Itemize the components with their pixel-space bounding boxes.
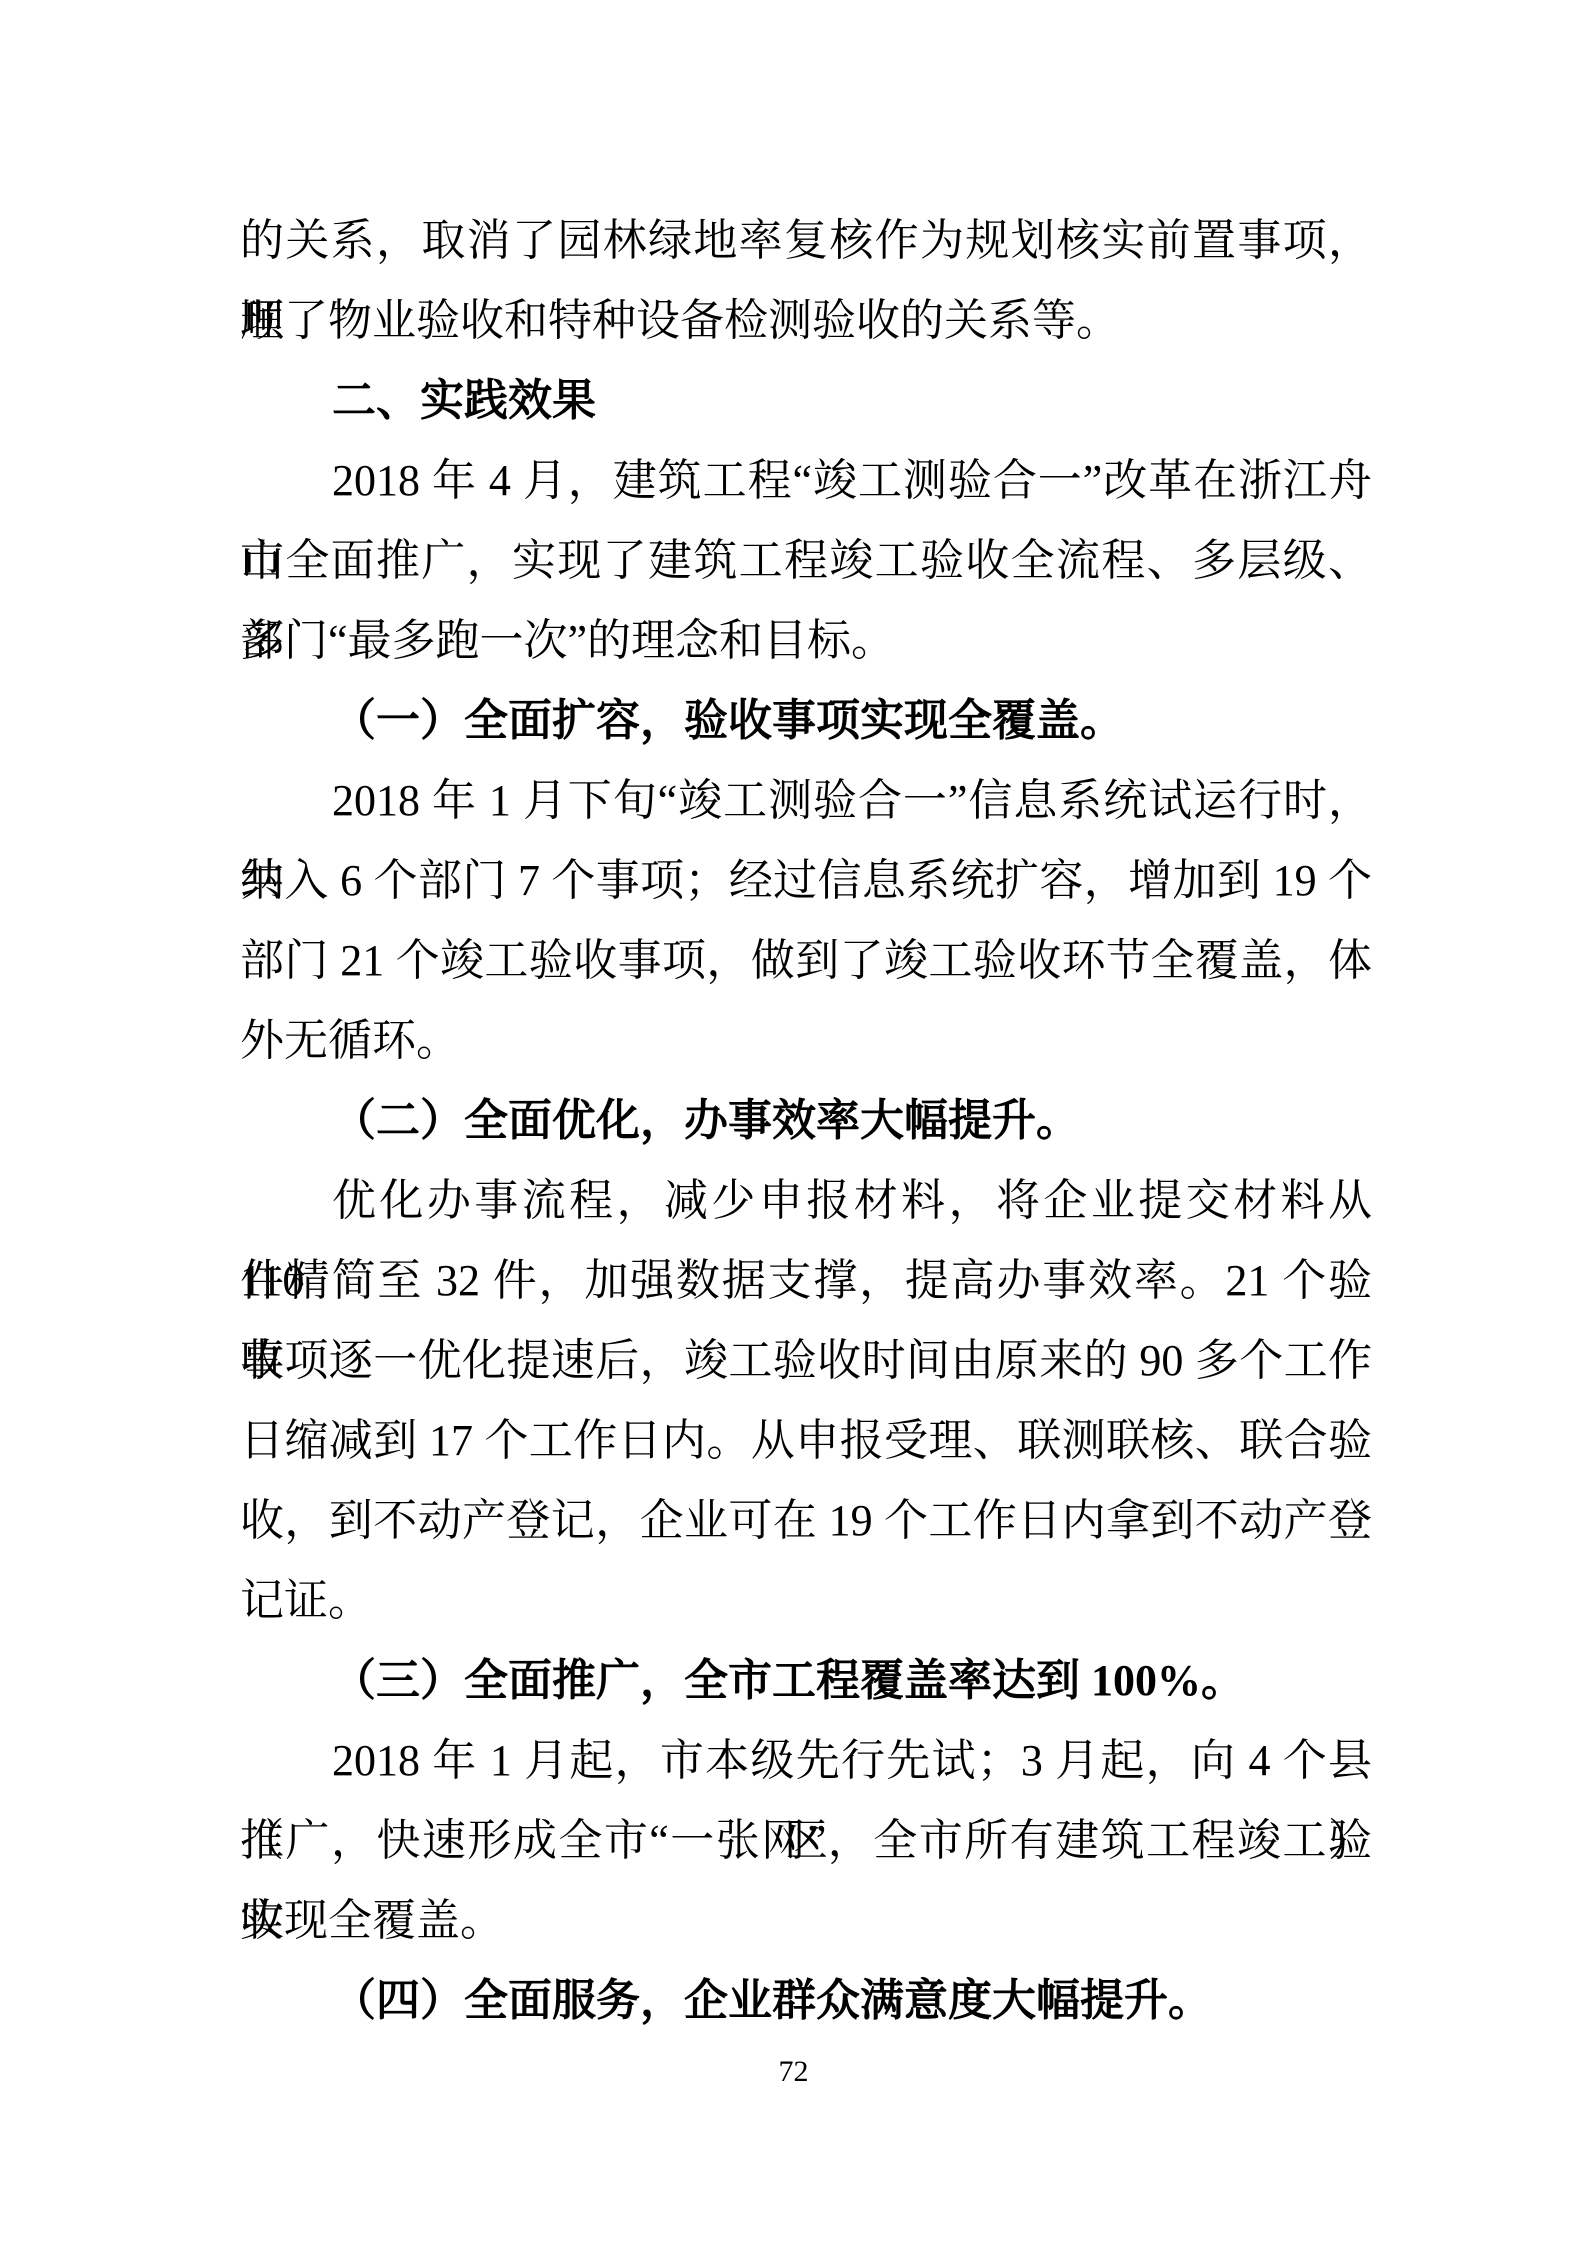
document-body: 的关系，取消了园林绿地率复核作为规划核实前置事项，理顺了物业验收和特种设备检测验… — [240, 201, 1372, 2041]
text-line: 2018 年 1 月起，市本级先行先试；3 月起，向 4 个县（区） — [240, 1721, 1372, 1801]
text-line: 实现全覆盖。 — [240, 1881, 1372, 1961]
section-heading: （二）全面优化，办事效率大幅提升。 — [240, 1081, 1372, 1161]
section-heading: （一）全面扩容，验收事项实现全覆盖。 — [240, 681, 1372, 761]
text-line: 纳入 6 个部门 7 个事项；经过信息系统扩容，增加到 19 个 — [240, 841, 1372, 921]
section-heading: （四）全面服务，企业群众满意度大幅提升。 — [240, 1961, 1372, 2041]
text-line: 部门 21 个竣工验收事项，做到了竣工验收环节全覆盖，体 — [240, 921, 1372, 1001]
text-line: 顺了物业验收和特种设备检测验收的关系等。 — [240, 281, 1372, 361]
text-line: 2018 年 1 月下旬“竣工测验合一”信息系统试运行时，共 — [240, 761, 1372, 841]
text-line: 的关系，取消了园林绿地率复核作为规划核实前置事项，理 — [240, 201, 1372, 281]
text-line: 日缩减到 17 个工作日内。从申报受理、联测联核、联合验 — [240, 1401, 1372, 1481]
text-line: 件精简至 32 件，加强数据支撑，提高办事效率。21 个验收 — [240, 1241, 1372, 1321]
text-line: 优化办事流程，减少申报材料，将企业提交材料从 110 — [240, 1161, 1372, 1241]
text-line: 记证。 — [240, 1561, 1372, 1641]
text-line: 部门“最多跑一次”的理念和目标。 — [240, 601, 1372, 681]
text-line: 事项逐一优化提速后，竣工验收时间由原来的 90 多个工作 — [240, 1321, 1372, 1401]
text-line: 2018 年 4 月，建筑工程“竣工测验合一”改革在浙江舟山 — [240, 441, 1372, 521]
document-page: 的关系，取消了园林绿地率复核作为规划核实前置事项，理顺了物业验收和特种设备检测验… — [0, 0, 1587, 2245]
page-number: 72 — [0, 2052, 1587, 2092]
text-line: 收，到不动产登记，企业可在 19 个工作日内拿到不动产登 — [240, 1481, 1372, 1561]
text-line: 推广，快速形成全市“一张网”，全市所有建筑工程竣工验收 — [240, 1801, 1372, 1881]
text-line: 外无循环。 — [240, 1001, 1372, 1081]
text-line: 市全面推广，实现了建筑工程竣工验收全流程、多层级、多 — [240, 521, 1372, 601]
section-heading: （三）全面推广，全市工程覆盖率达到 100%。 — [240, 1641, 1372, 1721]
section-heading: 二、实践效果 — [240, 361, 1372, 441]
